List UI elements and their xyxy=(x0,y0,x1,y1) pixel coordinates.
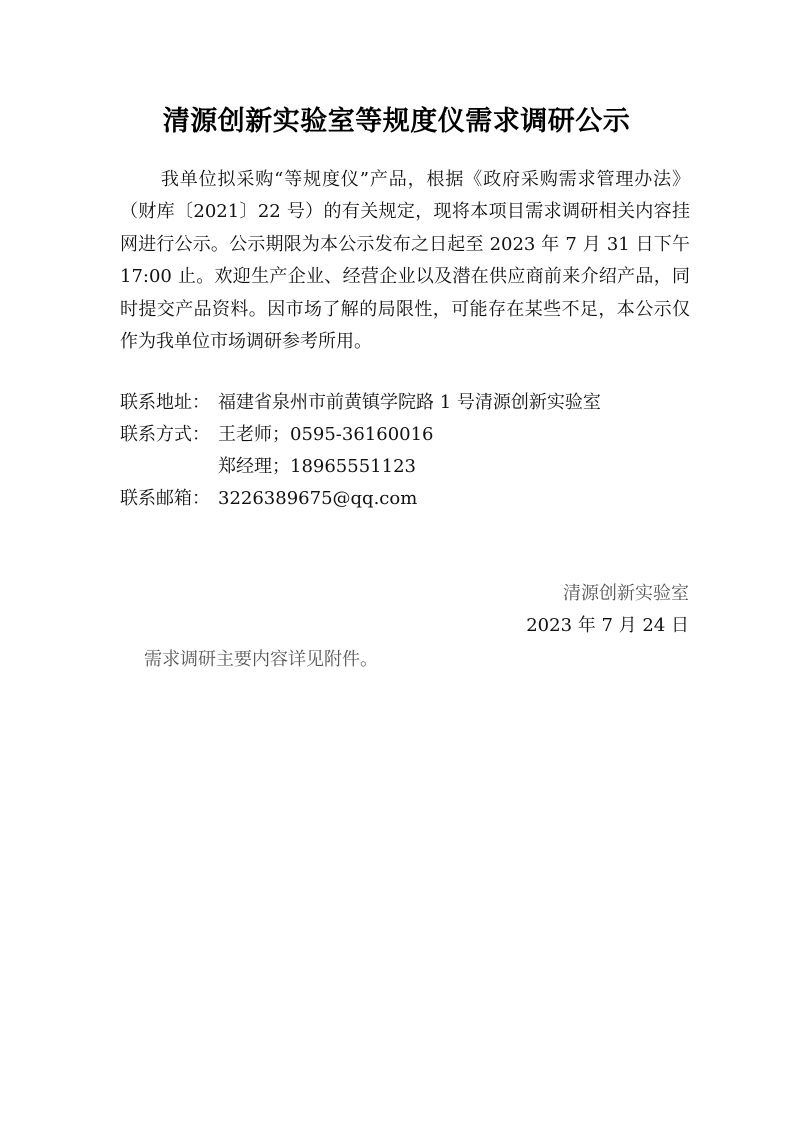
contact-address-value: 福建省泉州市前黄镇学院路 1 号清源创新实验室 xyxy=(218,387,601,419)
contact-method-row-2: 郑经理；18965551123 xyxy=(120,451,700,483)
contact-address-row: 联系地址： 福建省泉州市前黄镇学院路 1 号清源创新实验室 xyxy=(120,387,700,419)
signature-organization: 清源创新实验室 xyxy=(526,578,689,610)
body-text: 我单位拟采购“等规度仪”产品，根据《政府采购需求管理办法》（财库〔2021〕22… xyxy=(120,169,690,352)
body-paragraph: 我单位拟采购“等规度仪”产品，根据《政府采购需求管理办法》（财库〔2021〕22… xyxy=(120,164,690,358)
signature-date: 2023 年 7 月 24 日 xyxy=(526,610,689,642)
contact-email-row: 联系邮箱： 3226389675@qq.com xyxy=(120,483,700,515)
contact-method-value-2: 郑经理；18965551123 xyxy=(218,451,416,483)
contact-email-value: 3226389675@qq.com xyxy=(218,483,417,515)
contact-email-label: 联系邮箱： xyxy=(120,483,218,515)
contact-method-label: 联系方式： xyxy=(120,419,218,451)
contact-label-spacer xyxy=(120,451,218,483)
attachment-note: 需求调研主要内容详见附件。 xyxy=(144,644,378,676)
contact-method-row: 联系方式： 王老师；0595-36160016 xyxy=(120,419,700,451)
contact-address-label: 联系地址： xyxy=(120,387,218,419)
contact-method-value-1: 王老师；0595-36160016 xyxy=(218,419,434,451)
document-title: 清源创新实验室等规度仪需求调研公示 xyxy=(0,100,793,144)
document-page: 清源创新实验室等规度仪需求调研公示 我单位拟采购“等规度仪”产品，根据《政府采购… xyxy=(0,0,793,1122)
contact-block: 联系地址： 福建省泉州市前黄镇学院路 1 号清源创新实验室 联系方式： 王老师；… xyxy=(120,387,700,515)
signature-block: 清源创新实验室 2023 年 7 月 24 日 xyxy=(526,578,689,642)
